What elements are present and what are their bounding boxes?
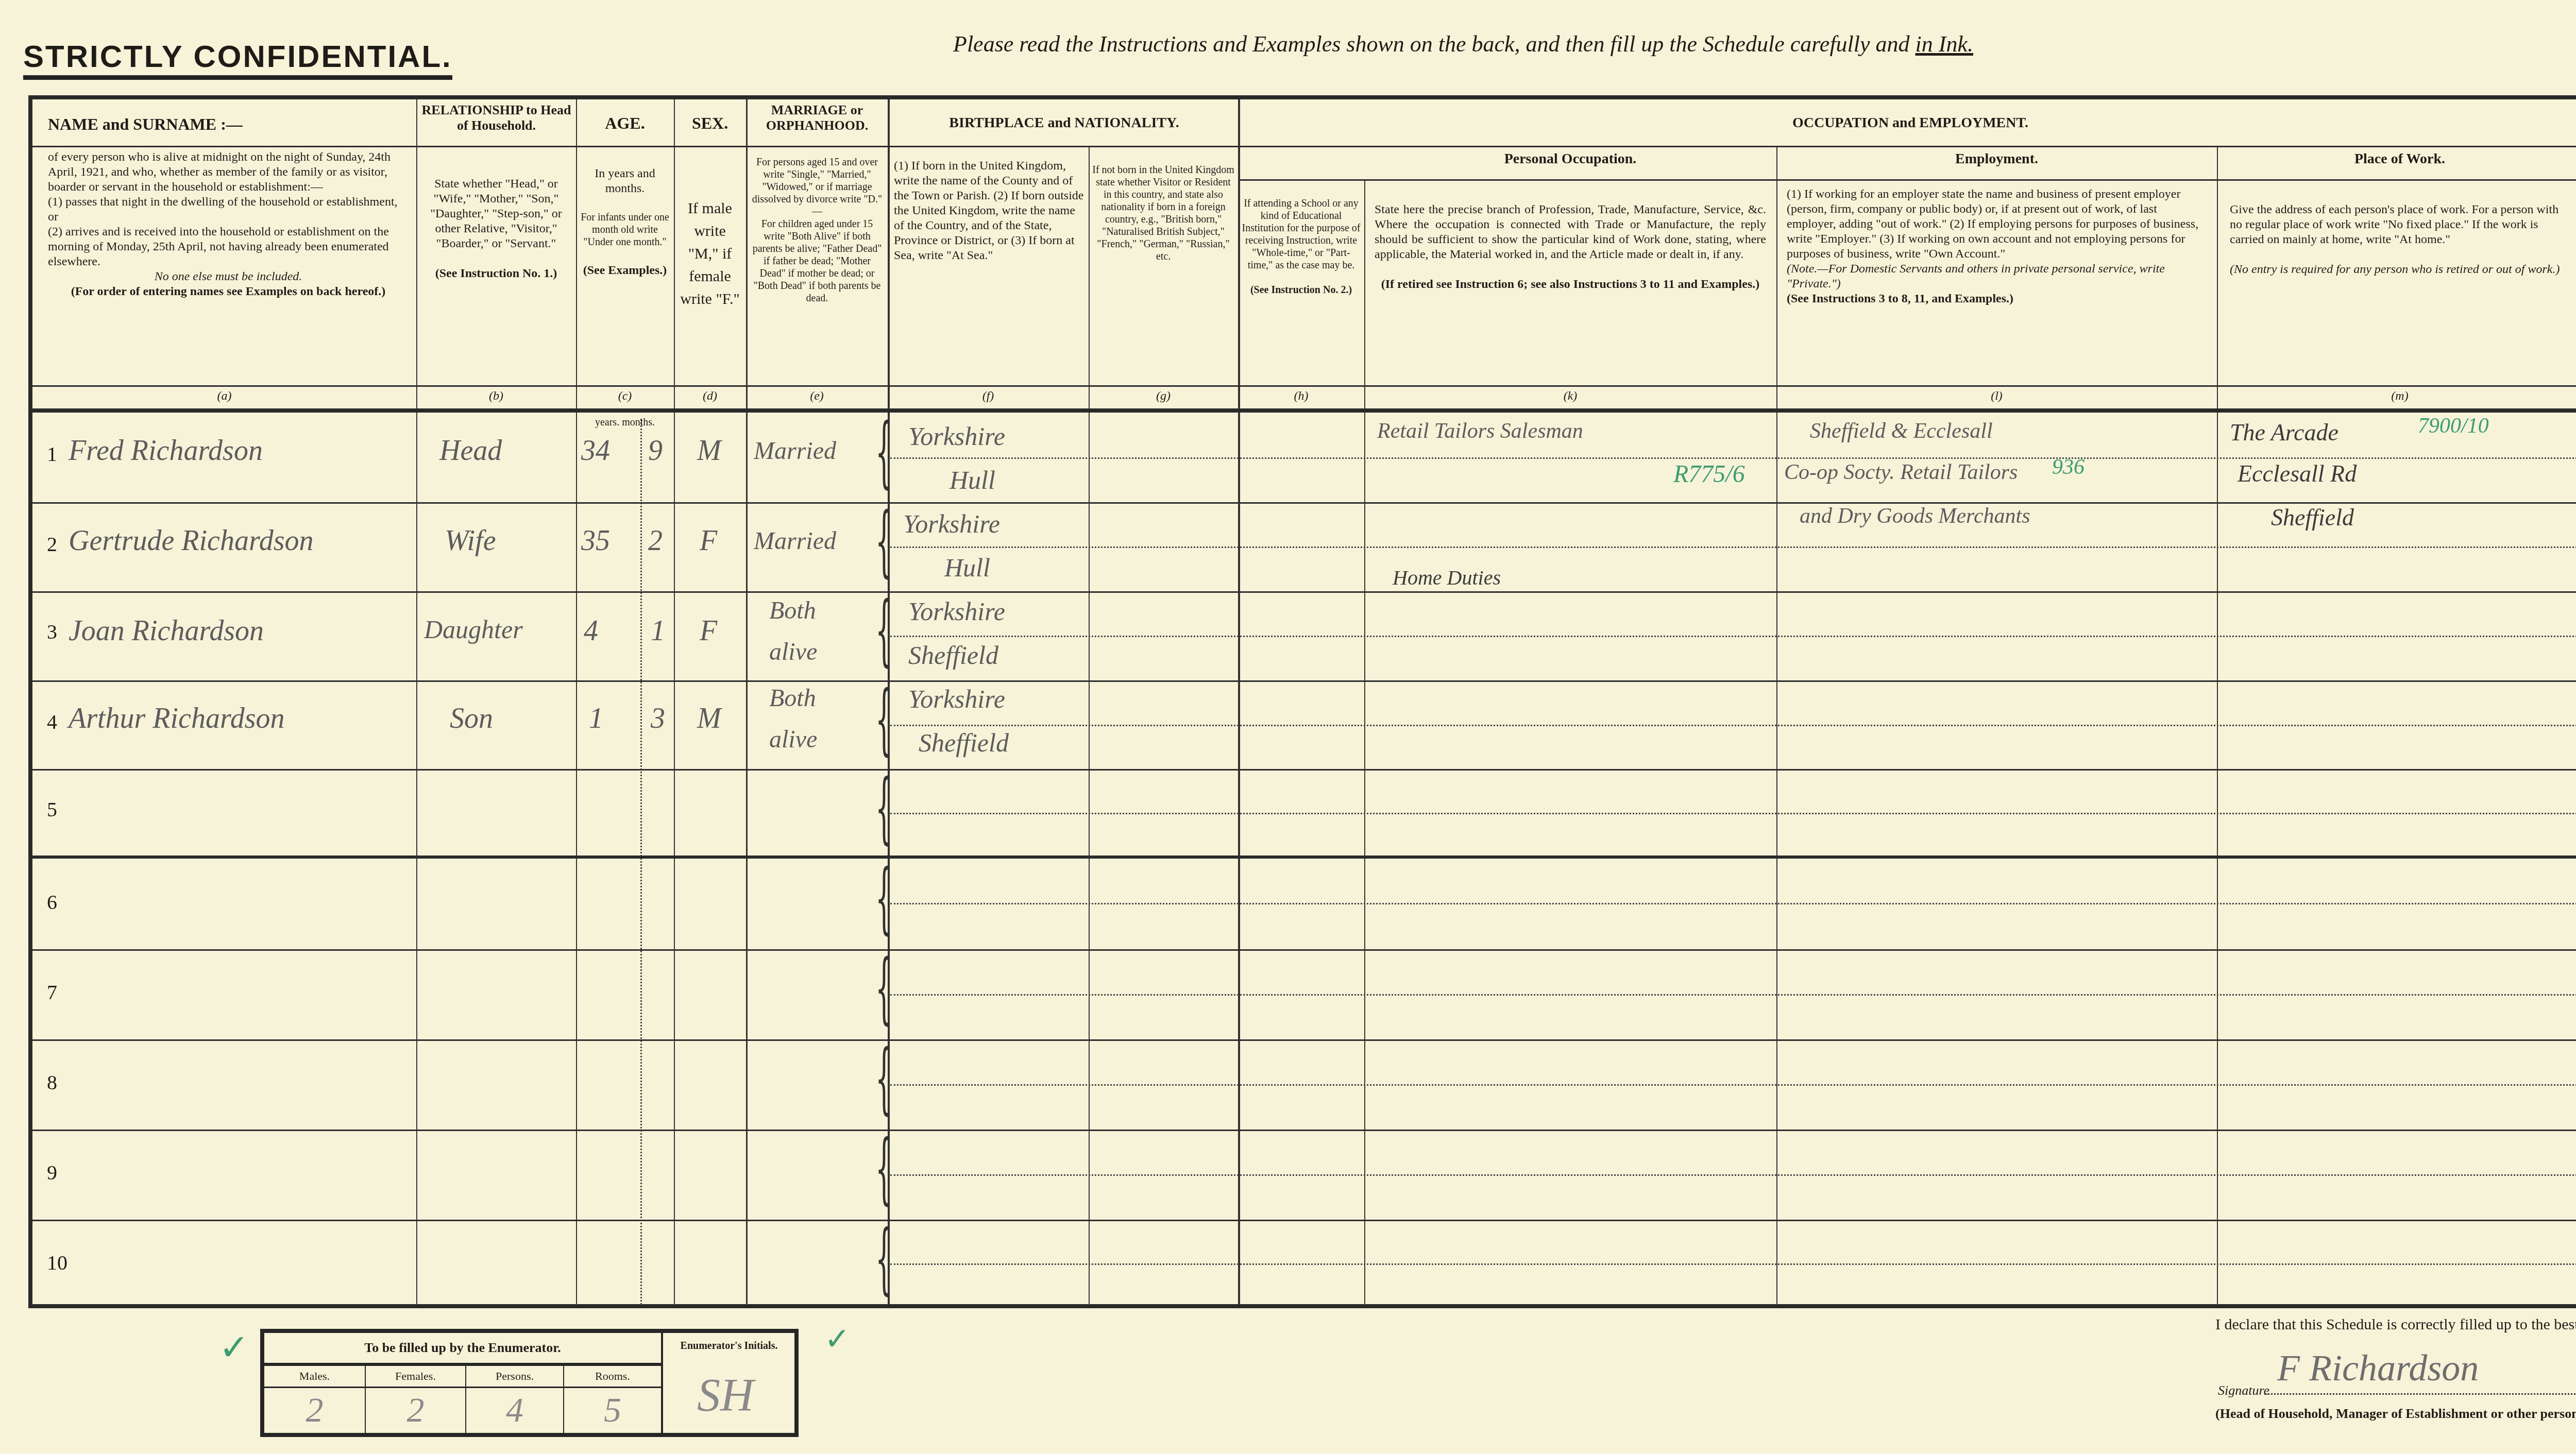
- workplace-line-1[interactable]: The Arcade: [2230, 419, 2338, 446]
- col-k-title: Personal Occupation.: [1364, 151, 1776, 167]
- col-l-title: Employment.: [1776, 151, 2217, 167]
- sex-cell[interactable]: F: [700, 524, 717, 557]
- age-months-cell[interactable]: 2: [648, 524, 663, 557]
- persons-field: Persons. 4: [465, 1366, 563, 1433]
- col-m-body: Give the address of each person's place …: [2230, 202, 2572, 277]
- age-years-cell[interactable]: 34: [581, 434, 610, 467]
- marriage-cell[interactable]: Married: [754, 437, 836, 465]
- document-title: STRICTLY CONFIDENTIAL.: [23, 39, 452, 80]
- birthplace-town-cell[interactable]: Hull: [950, 465, 995, 495]
- relationship-cell[interactable]: Wife: [445, 524, 496, 557]
- name-cell[interactable]: Arthur Richardson: [69, 702, 284, 735]
- marriage-cell[interactable]: Married: [754, 527, 836, 555]
- birthplace-county-cell[interactable]: Yorkshire: [903, 509, 1000, 539]
- sex-cell[interactable]: M: [697, 702, 721, 735]
- green-tick-icon: ✓: [219, 1326, 249, 1369]
- col-l-body: (1) If working for an employer state the…: [1787, 187, 2209, 306]
- census-schedule-table: NAME and SURNAME :— of every person who …: [28, 95, 2576, 1308]
- age-months-cell[interactable]: 9: [648, 434, 663, 467]
- signature-label: Signature: [2218, 1383, 2269, 1398]
- occupation-cell[interactable]: Retail Tailors Salesman: [1377, 419, 1583, 443]
- col-occ-title: OCCUPATION and EMPLOYMENT.: [1241, 115, 2576, 131]
- col-g-body: If not born in the United Kingdom state …: [1091, 164, 1235, 263]
- employment-line-2[interactable]: Co-op Socty. Retail Tailors: [1784, 460, 2018, 485]
- age-months-cell[interactable]: 3: [651, 702, 665, 735]
- signature-line: [2264, 1393, 2576, 1395]
- col-d-body: If male write "M," if female write "F.": [679, 197, 741, 311]
- birthplace-town-cell[interactable]: Sheffield: [919, 728, 1009, 758]
- col-h-body: If attending a School or any kind of Edu…: [1241, 197, 1362, 296]
- col-b-body: State whether "Head," or "Wife," "Mother…: [421, 177, 571, 281]
- col-f-body: (1) If born in the United Kingdom, write…: [894, 159, 1084, 263]
- fill-instructions: Please read the Instructions and Example…: [953, 31, 1973, 57]
- relationship-cell[interactable]: Son: [450, 702, 493, 735]
- birthplace-town-cell[interactable]: Hull: [944, 553, 990, 583]
- occupation-cell[interactable]: Home Duties: [1393, 566, 1501, 590]
- occupation-code: R775/6: [1673, 460, 1745, 488]
- signature-field[interactable]: F Richardson: [2277, 1347, 2479, 1390]
- workplace-code: 7900/10: [2418, 414, 2489, 438]
- col-e-title: MARRIAGE or ORPHANHOOD.: [748, 102, 887, 133]
- green-tick-icon: ✓: [824, 1321, 850, 1357]
- col-e-body: For persons aged 15 and over write "Sing…: [750, 156, 885, 304]
- enumerator-initials-value[interactable]: SH: [697, 1369, 754, 1422]
- col-fg-title: BIRTHPLACE and NATIONALITY.: [890, 115, 1238, 131]
- col-b-title: RELATIONSHIP to Head of Household.: [418, 102, 575, 133]
- age-years-cell[interactable]: 4: [584, 614, 598, 647]
- sex-cell[interactable]: M: [697, 434, 721, 467]
- name-cell[interactable]: Fred Richardson: [69, 434, 263, 467]
- sex-cell[interactable]: F: [700, 614, 717, 647]
- name-cell[interactable]: Gertrude Richardson: [69, 524, 313, 557]
- males-field: Males. 2: [264, 1366, 365, 1433]
- birthplace-town-cell[interactable]: Sheffield: [908, 640, 998, 670]
- marriage-line-1[interactable]: Both: [769, 596, 816, 625]
- employment-line-1[interactable]: Sheffield & Ecclesall: [1810, 419, 1993, 443]
- birthplace-county-cell[interactable]: Yorkshire: [908, 421, 1005, 451]
- workplace-line-2[interactable]: Ecclesall Rd: [2238, 460, 2357, 487]
- employment-code: 936: [2052, 455, 2084, 480]
- age-years-cell[interactable]: 35: [581, 524, 610, 557]
- birthplace-county-cell[interactable]: Yorkshire: [908, 596, 1005, 626]
- col-d-title: SEX.: [674, 114, 746, 133]
- col-m-title: Place of Work.: [2217, 151, 2576, 167]
- col-c-title: AGE.: [576, 114, 674, 133]
- employment-line-3[interactable]: and Dry Goods Merchants: [1800, 504, 2030, 528]
- marriage-line-2[interactable]: alive: [769, 725, 817, 754]
- relationship-cell[interactable]: Daughter: [424, 614, 523, 644]
- col-c-body: In years and months. For infants under o…: [579, 166, 671, 278]
- relationship-cell[interactable]: Head: [439, 434, 502, 467]
- declaration-text: I declare that this Schedule is correctl…: [2215, 1316, 2576, 1333]
- marriage-line-2[interactable]: alive: [769, 638, 817, 666]
- col-a-title: NAME and SURNAME :—: [48, 115, 254, 134]
- col-a-body: of every person who is alive at midnight…: [48, 150, 409, 299]
- age-years-cell[interactable]: 1: [589, 702, 603, 735]
- col-k-body: State here the precise branch of Profess…: [1375, 202, 1766, 292]
- rooms-field: Rooms. 5: [563, 1366, 661, 1433]
- enumerator-summary-box: To be filled up by the Enumerator. Males…: [260, 1329, 799, 1437]
- workplace-line-3[interactable]: Sheffield: [2271, 504, 2354, 531]
- age-months-cell[interactable]: 1: [651, 614, 665, 647]
- females-field: Females. 2: [365, 1366, 465, 1433]
- marriage-line-1[interactable]: Both: [769, 684, 816, 712]
- signature-note: (Head of Household, Manager of Establish…: [2215, 1406, 2576, 1422]
- name-cell[interactable]: Joan Richardson: [69, 614, 264, 647]
- birthplace-county-cell[interactable]: Yorkshire: [908, 684, 1005, 714]
